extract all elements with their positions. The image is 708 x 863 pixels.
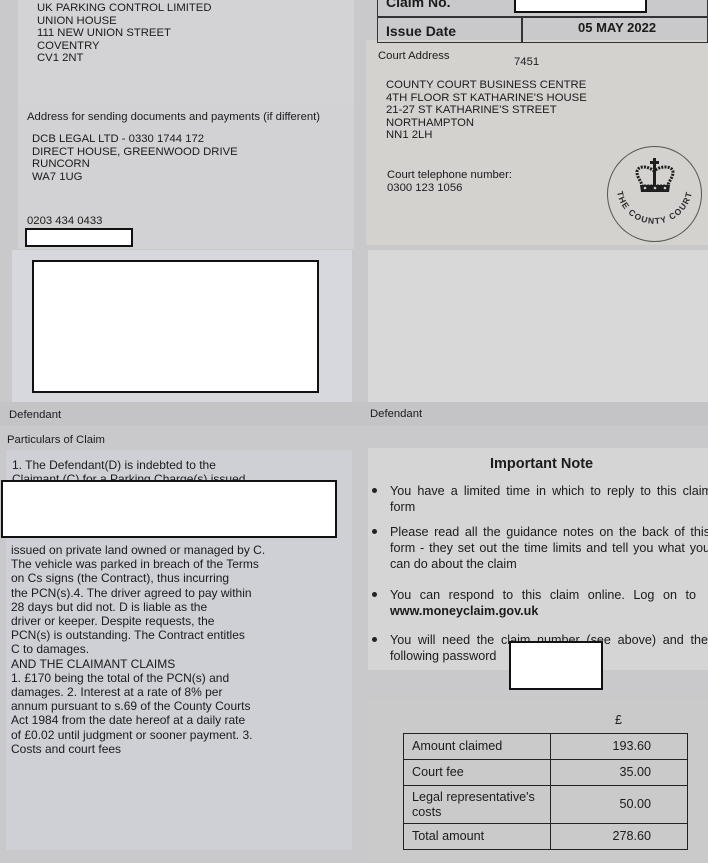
issue-date-divider bbox=[521, 18, 523, 42]
court-address-block: COUNTY COURT BUSINESS CENTRE 4TH FLOOR S… bbox=[386, 79, 587, 142]
fees-value: 278.60 bbox=[551, 824, 688, 850]
defendant-label-right: Defendant bbox=[370, 408, 422, 421]
note-text: You have a limited time in which to repl… bbox=[390, 483, 708, 515]
claimant-name: UK PARKING CONTROL LIMITED bbox=[37, 2, 212, 15]
particulars-redaction bbox=[1, 480, 337, 538]
claimant-address-line: COVENTRY bbox=[37, 40, 212, 53]
particulars-body: issued on private land owned or managed … bbox=[11, 543, 265, 756]
particulars-label: Particulars of Claim bbox=[7, 434, 105, 447]
claimant-address-line: 111 NEW UNION STREET bbox=[37, 27, 212, 40]
service-address-line: DIRECT HOUSE, GREENWOOD DRIVE bbox=[32, 146, 238, 159]
fees-row: Legal representative's costs50.00 bbox=[404, 786, 688, 824]
password-redaction bbox=[509, 641, 603, 690]
claimant-block: UK PARKING CONTROL LIMITED UNION HOUSE 1… bbox=[37, 2, 212, 65]
court-address-line: 4TH FLOOR ST KATHARINE'S HOUSE bbox=[386, 92, 587, 105]
service-address-block: DCB LEGAL LTD - 0330 1744 172 DIRECT HOU… bbox=[32, 133, 238, 183]
bullet-icon bbox=[372, 529, 377, 534]
svg-text:THE COUNTY COURT: THE COUNTY COURT bbox=[615, 190, 694, 226]
moneyclaim-link[interactable]: www.moneyclaim.gov.uk bbox=[390, 603, 696, 619]
fees-value: 35.00 bbox=[551, 760, 688, 786]
reference-redaction bbox=[25, 228, 133, 247]
particulars-line: driver or keeper. Despite requests, the bbox=[11, 614, 265, 628]
claimant-address-line: CV1 2NT bbox=[37, 52, 212, 65]
claim-no-redaction bbox=[514, 0, 647, 13]
claimant-address-line: UNION HOUSE bbox=[37, 15, 212, 28]
note-text-line: You can respond to this claim online. Lo… bbox=[390, 587, 696, 603]
particulars-line: of £0.02 until judgment or sooner paymen… bbox=[11, 728, 265, 742]
particulars-line: Act 1984 from the date hereof at a daily… bbox=[11, 713, 265, 727]
particulars-intro: 1. The Defendant(D) is indebted to the C… bbox=[12, 458, 245, 480]
fees-label: Amount claimed bbox=[404, 734, 551, 760]
fees-value: 50.00 bbox=[551, 786, 688, 824]
bullet-icon bbox=[372, 637, 377, 642]
particulars-line: Costs and court fees bbox=[11, 742, 265, 756]
county-court-seal: THE COUNTY COURT bbox=[607, 146, 702, 242]
bullet-icon bbox=[372, 592, 377, 597]
defendant-panel-right bbox=[368, 250, 708, 402]
important-note-title: Important Note bbox=[490, 456, 593, 472]
court-address-line: NORTHAMPTON bbox=[386, 117, 587, 130]
court-address-label: Court Address bbox=[378, 50, 450, 63]
court-address-line: 21-27 ST KATHARINE'S STREET bbox=[386, 104, 587, 117]
particulars-line: damages. 2. Interest at a rate of 8% per bbox=[11, 685, 265, 699]
particulars-line: issued on private land owned or managed … bbox=[11, 543, 265, 557]
claim-no-label: Claim No. bbox=[386, 0, 451, 10]
service-phone: 0203 434 0433 bbox=[27, 215, 102, 228]
issue-date-row: Issue Date 05 MAY 2022 bbox=[377, 17, 708, 43]
particulars-line: 1. The Defendant(D) is indebted to the bbox=[12, 458, 245, 472]
defendant-strip bbox=[0, 402, 708, 426]
service-address-line: RUNCORN bbox=[32, 158, 238, 171]
particulars-line: AND THE CLAIMANT CLAIMS bbox=[11, 657, 265, 671]
bullet-icon bbox=[372, 488, 377, 493]
defendant-address-redaction bbox=[32, 260, 319, 393]
court-telephone-label: Court telephone number: bbox=[387, 169, 512, 182]
currency-symbol: £ bbox=[615, 713, 622, 727]
particulars-line: PCN(s) is outstanding. The Contract enti… bbox=[11, 628, 265, 642]
service-address-line: DCB LEGAL LTD - 0330 1744 172 bbox=[32, 133, 238, 146]
court-code: 7451 bbox=[514, 56, 539, 69]
seal-text: THE COUNTY COURT bbox=[607, 146, 702, 242]
fees-table: Amount claimed193.60Court fee35.00Legal … bbox=[403, 733, 688, 850]
particulars-line: on Cs signs (the Contract), thus incurri… bbox=[11, 571, 265, 585]
particulars-line: The vehicle was parked in breach of the … bbox=[11, 557, 265, 571]
particulars-line: 28 days but did not. D is liable as the bbox=[11, 600, 265, 614]
service-address-line: WA7 1UG bbox=[32, 171, 238, 184]
court-telephone: 0300 123 1056 bbox=[387, 182, 462, 195]
fees-row: Court fee35.00 bbox=[404, 760, 688, 786]
fees-label: Legal representative's costs bbox=[404, 786, 551, 824]
fees-label: Court fee bbox=[404, 760, 551, 786]
defendant-label-left: Defendant bbox=[9, 409, 61, 422]
court-address-line: COUNTY COURT BUSINESS CENTRE bbox=[386, 79, 587, 92]
fees-label: Total amount bbox=[404, 824, 551, 850]
issue-date-value: 05 MAY 2022 bbox=[578, 20, 656, 35]
fees-row: Total amount278.60 bbox=[404, 824, 688, 850]
particulars-line: annum pursuant to s.69 of the County Cou… bbox=[11, 699, 265, 713]
note-text: Please read all the guidance notes on th… bbox=[390, 524, 708, 572]
particulars-line: Claimant (C) for a Parking Charge(s) iss… bbox=[12, 472, 245, 480]
fees-row: Amount claimed193.60 bbox=[404, 734, 688, 760]
court-address-line: NN1 2LH bbox=[386, 129, 587, 142]
note-text: You can respond to this claim online. Lo… bbox=[390, 587, 696, 619]
issue-date-label: Issue Date bbox=[386, 23, 456, 39]
fees-value: 193.60 bbox=[551, 734, 688, 760]
service-address-label: Address for sending documents and paymen… bbox=[27, 111, 320, 124]
particulars-line: the PCN(s).4. The driver agreed to pay w… bbox=[11, 586, 265, 600]
particulars-line: 1. £170 being the total of the PCN(s) an… bbox=[11, 671, 265, 685]
particulars-line: C to damages. bbox=[11, 642, 265, 656]
